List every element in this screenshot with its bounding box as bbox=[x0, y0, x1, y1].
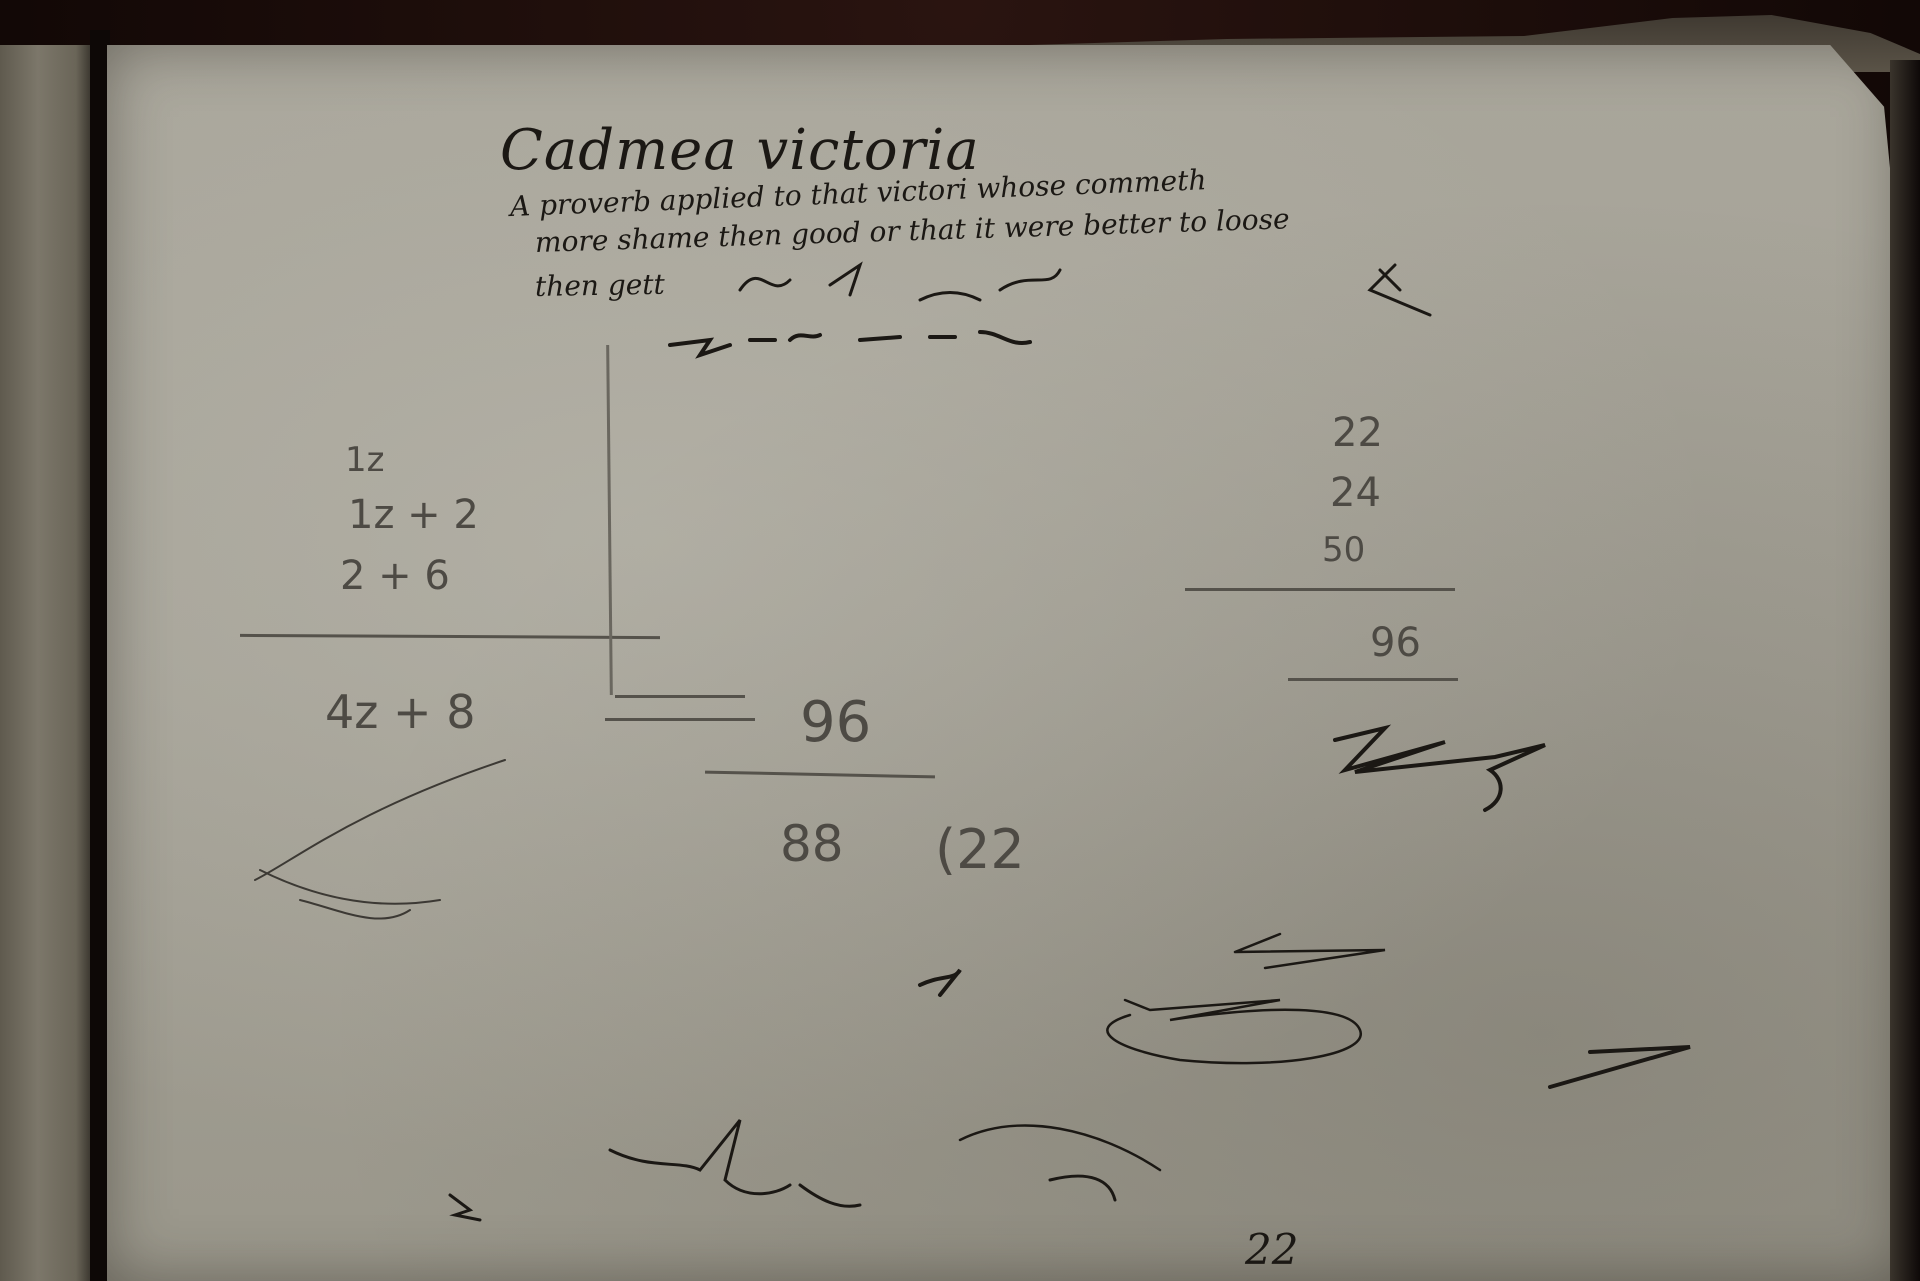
pen-trial-scribbles bbox=[0, 0, 1920, 1281]
